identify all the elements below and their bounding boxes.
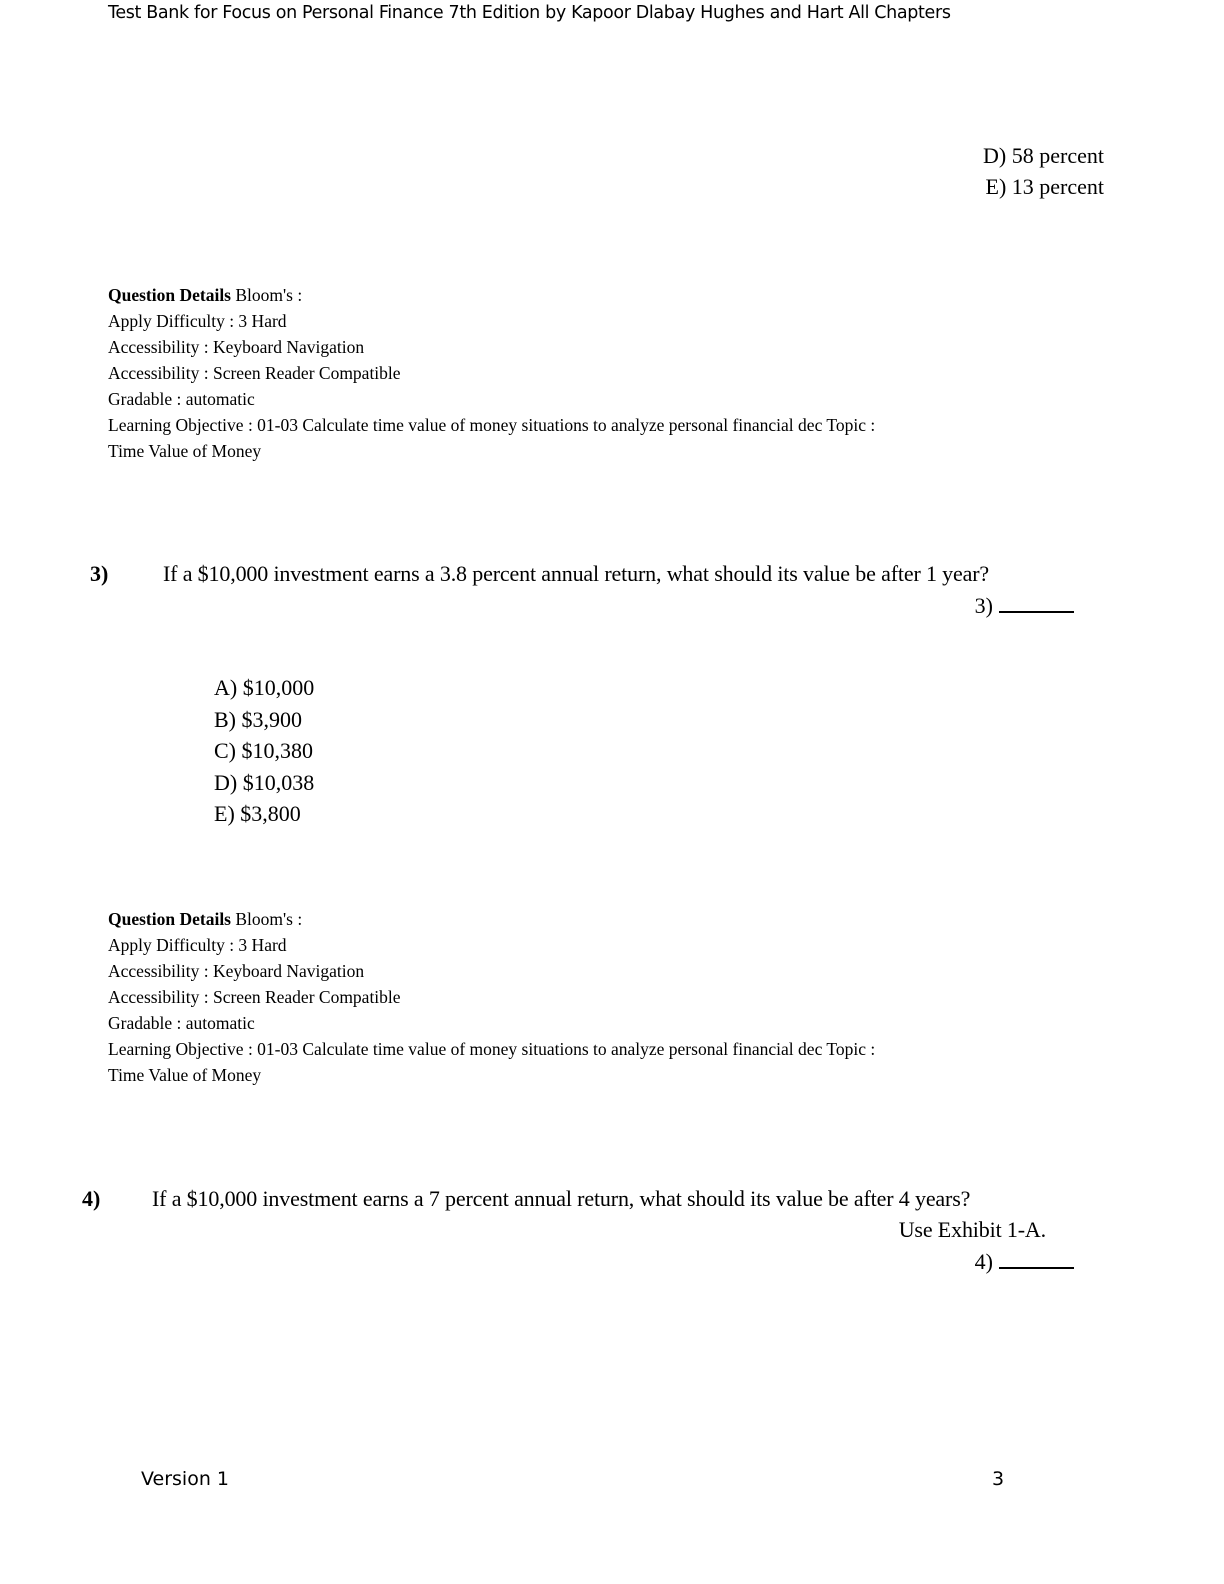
choice-c[interactable]: C) $10,380 xyxy=(214,735,314,767)
prev-option-d: D) 58 percent xyxy=(983,143,1104,169)
option-letter: D) xyxy=(983,143,1006,168)
question-3-choices: A) $10,000 B) $3,900 C) $10,380 D) $10,0… xyxy=(214,672,314,830)
details-line-6: Learning Objective : 01-03 Calculate tim… xyxy=(108,1036,875,1062)
details-heading: Question Details xyxy=(108,285,231,305)
details-line-5: Gradable : automatic xyxy=(108,386,875,412)
details-line-6: Learning Objective : 01-03 Calculate tim… xyxy=(108,412,875,438)
details-line-4: Accessibility : Screen Reader Compatible xyxy=(108,360,875,386)
choice-b[interactable]: B) $3,900 xyxy=(214,704,314,736)
question-4-number: 4) xyxy=(82,1186,100,1212)
details-line-1: Question Details Bloom's : xyxy=(108,282,875,308)
question-3-details-block: Question Details Bloom's : Apply Difficu… xyxy=(108,906,875,1088)
question-3-text: If a $10,000 investment earns a 3.8 perc… xyxy=(163,561,989,587)
question-4-answer-blank[interactable]: 4) xyxy=(975,1249,1074,1275)
details-line-7: Time Value of Money xyxy=(108,1062,875,1088)
page-header-title: Test Bank for Focus on Personal Finance … xyxy=(108,3,951,23)
details-line-5: Gradable : automatic xyxy=(108,1010,875,1036)
question-3-number: 3) xyxy=(90,561,108,587)
choice-d[interactable]: D) $10,038 xyxy=(214,767,314,799)
details-line-3: Accessibility : Keyboard Navigation xyxy=(108,334,875,360)
question-4-exhibit-note: Use Exhibit 1-A. xyxy=(899,1217,1046,1243)
footer-version: Version 1 xyxy=(141,1468,229,1490)
option-text: 58 percent xyxy=(1012,143,1104,168)
answer-line[interactable] xyxy=(999,1249,1074,1269)
details-line-2: Apply Difficulty : 3 Hard xyxy=(108,932,875,958)
details-line-7: Time Value of Money xyxy=(108,438,875,464)
answer-line[interactable] xyxy=(999,593,1074,613)
details-line-1: Question Details Bloom's : xyxy=(108,906,875,932)
answer-label: 3) xyxy=(975,593,993,618)
prev-option-e: E) 13 percent xyxy=(986,174,1105,200)
question-3-answer-blank[interactable]: 3) xyxy=(975,593,1074,619)
option-text: 13 percent xyxy=(1012,174,1104,199)
details-line-3: Accessibility : Keyboard Navigation xyxy=(108,958,875,984)
question-4-text: If a $10,000 investment earns a 7 percen… xyxy=(152,1186,970,1212)
answer-label: 4) xyxy=(975,1249,993,1274)
choice-a[interactable]: A) $10,000 xyxy=(214,672,314,704)
details-blooms: Bloom's : xyxy=(235,285,302,305)
option-letter: E) xyxy=(986,174,1007,199)
details-line-4: Accessibility : Screen Reader Compatible xyxy=(108,984,875,1010)
details-blooms: Bloom's : xyxy=(235,909,302,929)
footer-page-number: 3 xyxy=(992,1468,1004,1490)
question-details-block: Question Details Bloom's : Apply Difficu… xyxy=(108,282,875,464)
choice-e[interactable]: E) $3,800 xyxy=(214,798,314,830)
details-line-2: Apply Difficulty : 3 Hard xyxy=(108,308,875,334)
details-heading: Question Details xyxy=(108,909,231,929)
